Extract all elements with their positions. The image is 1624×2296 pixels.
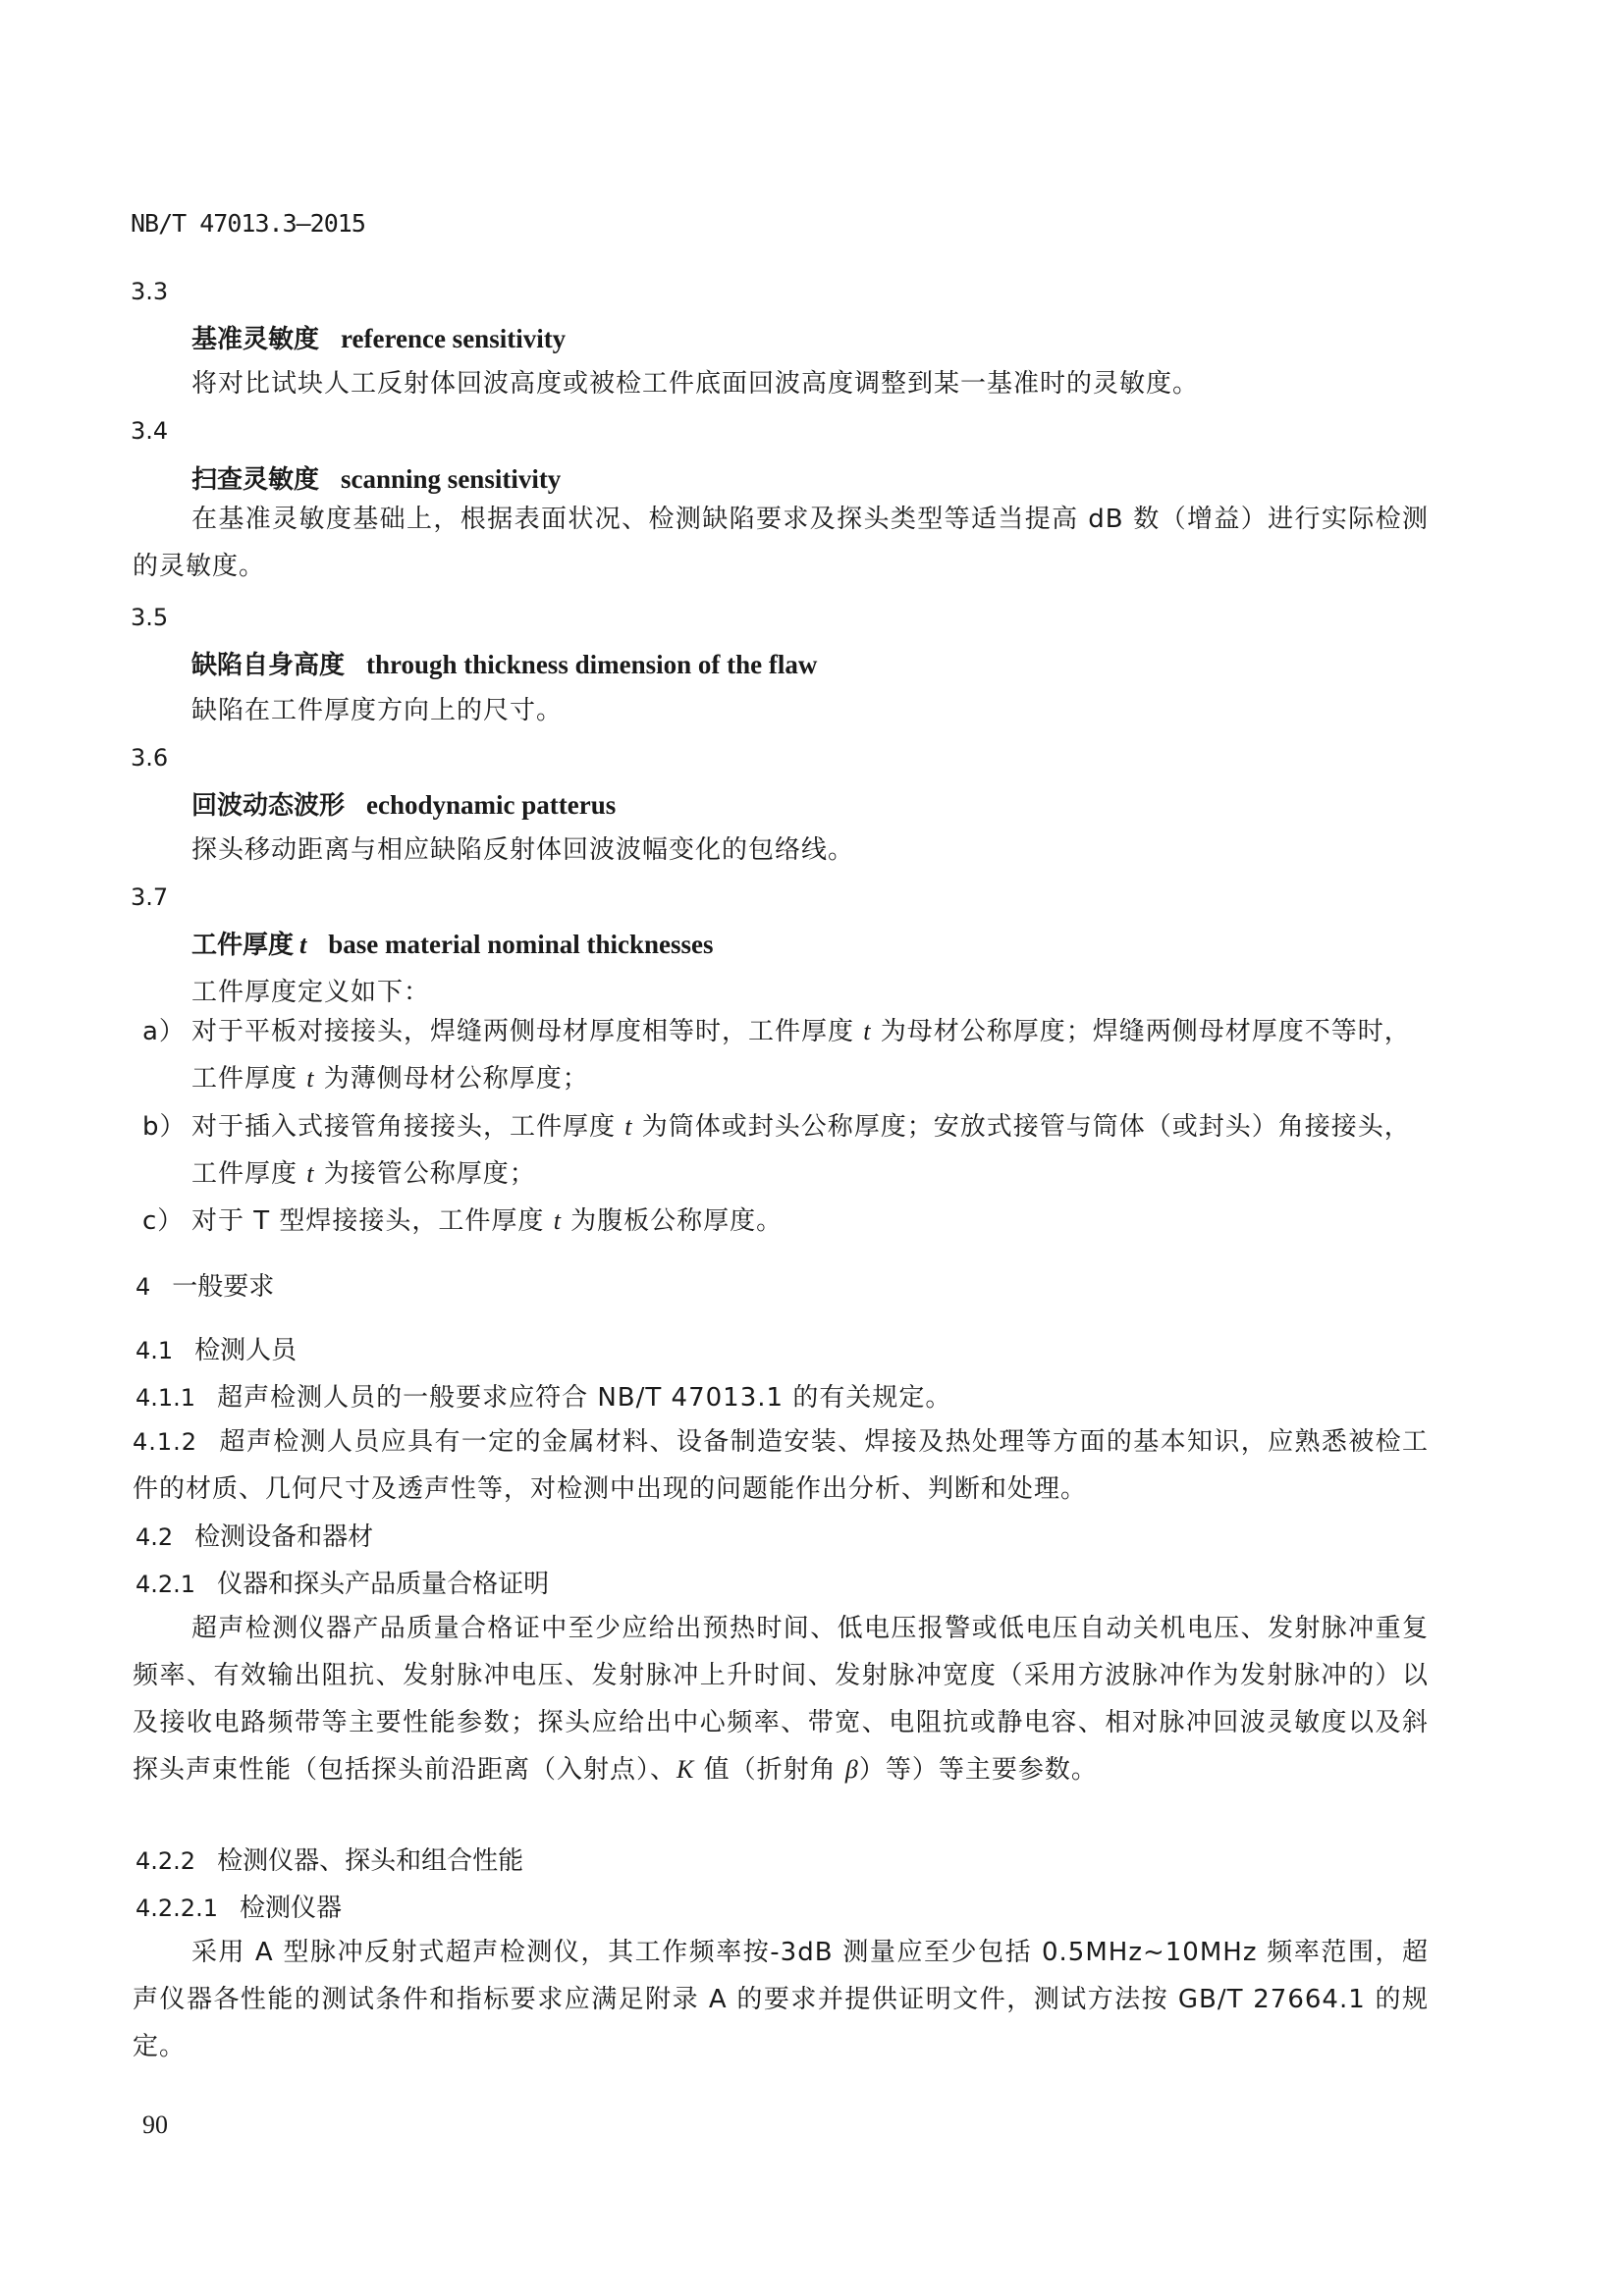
term-heading: 回波动态波形echodynamic patterus <box>191 785 616 822</box>
list-text: 对于平板对接接头，焊缝两侧母材厚度相等时，工件厚度 <box>191 1017 863 1046</box>
clause-text: 超声检测人员应具有一定的金属材料、设备制造安装、焊接及热处理等方面的基本知识，应… <box>133 1427 1429 1504</box>
term-symbol: t <box>299 931 306 959</box>
symbol-t: t <box>306 1159 314 1188</box>
term-en: base material nominal thicknesses <box>328 930 713 959</box>
section-heading: 4一般要求 <box>135 1266 274 1303</box>
section-number: 4.1 <box>135 1337 173 1364</box>
list-item: c） 对于 T 型焊接接头，工件厚度 t 为腹板公称厚度。 <box>191 1198 1429 1245</box>
term-zh: 扫查灵敏度 <box>191 465 319 495</box>
term-heading: 扫查灵敏度scanning sensitivity <box>191 459 561 496</box>
symbol-beta: β <box>845 1755 859 1784</box>
term-heading: 基准灵敏度reference sensitivity <box>191 319 566 355</box>
section-number: 4.2.2 <box>135 1847 195 1875</box>
list-text: 对于 T 型焊接接头，工件厚度 <box>191 1206 554 1236</box>
list-label: b） <box>142 1103 187 1150</box>
section-number: 4.2.2.1 <box>135 1895 218 1922</box>
clause-4-1-2: 4.1.2超声检测人员应具有一定的金属材料、设备制造安装、焊接及热处理等方面的基… <box>133 1418 1429 1513</box>
page-number: 90 <box>142 2110 168 2140</box>
symbol-t: t <box>624 1112 632 1141</box>
clause-4-2-2-1-text: 采用 A 型脉冲反射式超声检测仪，其工作频率按-3dB 测量应至少包括 0.5M… <box>133 1929 1429 2070</box>
section-number: 4.2.1 <box>135 1571 195 1598</box>
section-number: 4.1.2 <box>133 1418 197 1466</box>
term-zh: 基准灵敏度 <box>191 325 319 354</box>
symbol-t: t <box>863 1017 871 1045</box>
section-title: 检测仪器 <box>240 1894 342 1923</box>
section-title: 检测人员 <box>194 1336 297 1365</box>
section-title: 检测仪器、探头和组合性能 <box>217 1846 523 1876</box>
term-definition: 缺陷在工件厚度方向上的尺寸。 <box>191 690 563 726</box>
term-en: echodynamic patterus <box>366 790 616 820</box>
subsection-heading: 4.2.2.1检测仪器 <box>135 1888 342 1924</box>
term-zh: 工件厚度 <box>191 931 294 960</box>
section-number: 4.2 <box>135 1523 173 1551</box>
standard-id-header: NB/T 47013.3—2015 <box>131 209 365 238</box>
term-zh: 缺陷自身高度 <box>191 651 345 680</box>
term-en: scanning sensitivity <box>341 464 561 494</box>
term-definition: 探头移动距离与相应缺陷反射体回波波幅变化的包络线。 <box>191 829 854 866</box>
subsection-heading: 4.2.1仪器和探头产品质量合格证明 <box>135 1564 549 1600</box>
section-number: 4.1.1 <box>135 1384 195 1412</box>
clause-text: 超声检测人员的一般要求应符合 NB/T 47013.1 的有关规定。 <box>217 1383 951 1413</box>
subsection-heading: 4.1检测人员 <box>135 1330 297 1366</box>
term-definition: 工件厚度定义如下： <box>191 972 430 1008</box>
clause-number: 3.6 <box>131 744 168 772</box>
list-text: 为薄侧母材公称厚度； <box>315 1064 589 1094</box>
clause-text: ）等）等主要参数。 <box>859 1755 1098 1785</box>
term-en: through thickness dimension of the flaw <box>366 650 817 679</box>
clause-number: 3.4 <box>131 417 168 445</box>
subsection-heading: 4.2检测设备和器材 <box>135 1517 373 1553</box>
clause-4-1-1: 4.1.1超声检测人员的一般要求应符合 NB/T 47013.1 的有关规定。 <box>135 1377 951 1414</box>
list-item: b） 对于插入式接管角接接头，工件厚度 t 为筒体或封头公称厚度；安放式接管与筒… <box>191 1103 1429 1198</box>
clause-number: 3.7 <box>131 883 168 911</box>
section-title: 仪器和探头产品质量合格证明 <box>217 1570 549 1599</box>
symbol-t: t <box>306 1064 314 1093</box>
symbol-t: t <box>554 1206 562 1235</box>
clause-text: 值（折射角 <box>694 1755 845 1785</box>
clause-number: 3.3 <box>131 278 168 305</box>
section-title: 检测设备和器材 <box>194 1522 373 1552</box>
term-heading: 缺陷自身高度through thickness dimension of the… <box>191 645 817 681</box>
list-item: a） 对于平板对接接头，焊缝两侧母材厚度相等时，工件厚度 t 为母材公称厚度；焊… <box>191 1008 1429 1102</box>
list-text: 为接管公称厚度； <box>315 1159 536 1189</box>
term-zh: 回波动态波形 <box>191 791 345 821</box>
section-number: 4 <box>135 1273 150 1301</box>
section-title: 一般要求 <box>172 1272 274 1302</box>
term-definition: 将对比试块人工反射体回波高度或被检工件底面回波高度调整到某一基准时的灵敏度。 <box>191 363 1199 400</box>
term-definition: 在基准灵敏度基础上，根据表面状况、检测缺陷要求及探头类型等适当提高 dB 数（增… <box>133 496 1429 590</box>
list-label: c） <box>142 1198 184 1245</box>
list-text: 为腹板公称厚度。 <box>562 1206 783 1236</box>
subsection-heading: 4.2.2检测仪器、探头和组合性能 <box>135 1841 523 1877</box>
list-label: a） <box>142 1008 186 1055</box>
term-en: reference sensitivity <box>341 324 566 353</box>
term-heading: 工件厚度tbase material nominal thicknesses <box>191 925 714 961</box>
clause-number: 3.5 <box>131 604 168 631</box>
symbol-k: K <box>677 1755 694 1784</box>
clause-4-2-1-text: 超声检测仪器产品质量合格证中至少应给出预热时间、低电压报警或低电压自动关机电压、… <box>133 1605 1429 1793</box>
list-text: 对于插入式接管角接接头，工件厚度 <box>191 1112 624 1142</box>
